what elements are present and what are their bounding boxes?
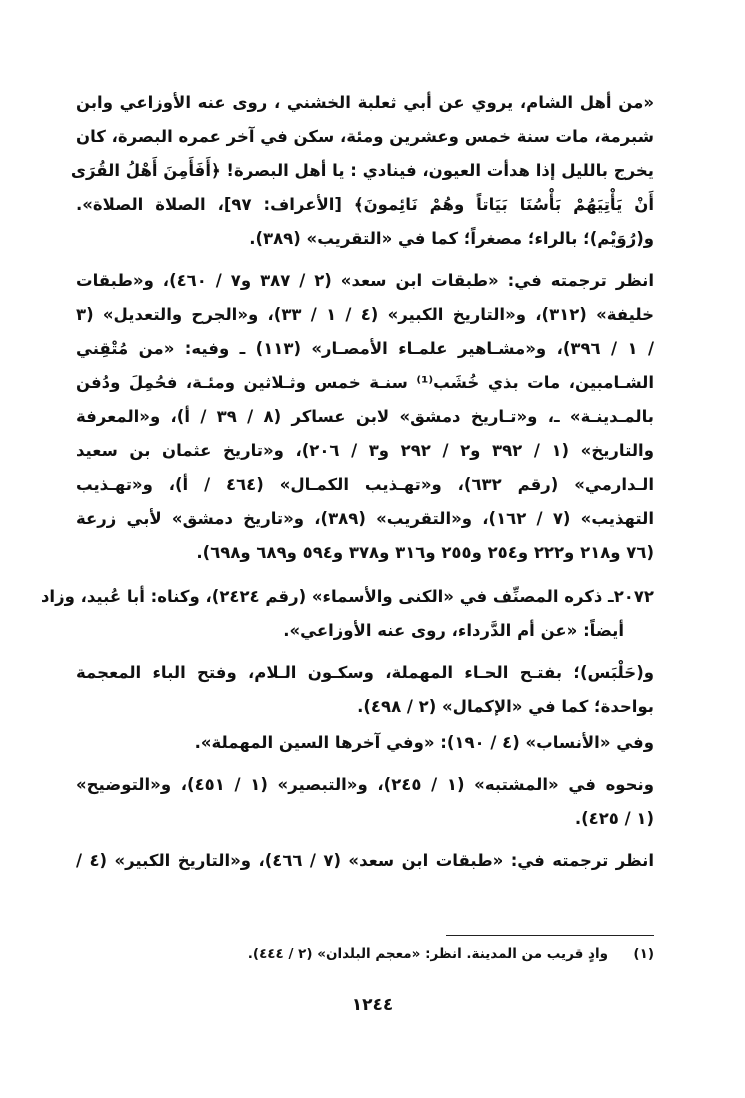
- footnote-text: وادٍ قريب من المدينة. انظر: «معجم البلدا…: [248, 946, 608, 962]
- text-line: أيضاً: «عن أم الدَّرداء، روى عنه الأوزاع…: [76, 614, 624, 648]
- text-line: الشـامبين، مات بذي خُشَب⁽¹⁾ سنـة خمس وثـ…: [76, 366, 654, 400]
- text-line: شبرمة، مات سنة خمس وعشرين ومئة، سكن في آ…: [76, 120, 654, 154]
- text-line: والتاريخ» (١ / ٣٩٢ و٢ / ٢٩٢ و٣ / ٢٠٦)، و…: [76, 434, 654, 468]
- quran-verse-line: أَنْ يَأْتِيَهُمْ بَأْسُنَا بَيَاتاً وهُ…: [76, 188, 654, 222]
- entry-heading-line: ٢٠٧٢ـ ذكره المصنِّف في «الكنى والأسماء» …: [76, 580, 654, 614]
- text-line: و(رُوَيْم)؛ بالراء؛ مصغراً؛ كما في «التق…: [76, 222, 654, 256]
- text-line: (٧٦ و٢١٨ و٢٢٢ و٢٥٤ و٢٥٥ و٣١٦ و٣٧٨ و٥٩٤ و…: [76, 536, 654, 570]
- footnote-marker: (١): [608, 946, 654, 962]
- text-line: بواحدة؛ كما في «الإكمال» (٢ / ٤٩٨).: [76, 690, 654, 724]
- text-line: الـدارمي» (رقم ٦٣٢)، و«تهـذيب الكمـال» (…: [76, 468, 654, 502]
- text-line: / ١ / ٣٩٦)، و«مشـاهير علمـاء الأمصـار» (…: [76, 332, 654, 366]
- text-line: يخرج بالليل إذا هدأت العيون، فينادي : يا…: [76, 154, 654, 188]
- text-line: (١ / ٤٢٥).: [76, 802, 654, 836]
- text-line: انظر ترجمته في: «طبقات ابن سعد» (٧ / ٤٦٦…: [76, 844, 654, 878]
- text-line: و(حَلْبَس)؛ بفتـح الحـاء المهملة، وسكـون…: [76, 656, 654, 690]
- text-line: «من أهل الشام، يروي عن أبي ثعلبة الخشني …: [76, 86, 654, 120]
- page-number: ١٢٤٤: [0, 995, 745, 1015]
- text-line: التهذيب» (٧ / ١٦٢)، و«التقريب» (٣٨٩)، و«…: [76, 502, 654, 536]
- text-line: انظر ترجمته في: «طبقات ابن سعد» (٢ / ٣٨٧…: [76, 264, 654, 298]
- text-line: خليفة» (٣١٢)، و«التاريخ الكبير» (٤ / ١ /…: [76, 298, 654, 332]
- footnote-divider: [446, 935, 654, 936]
- footnote: (١)وادٍ قريب من المدينة. انظر: «معجم الب…: [76, 946, 654, 962]
- text-line: بالمـدينـة» ـ، و«تـاريخ دمشق» لابن عساكر…: [76, 400, 654, 434]
- text-line: ونحوه في «المشتبه» (١ / ٢٤٥)، و«التبصير»…: [76, 768, 654, 802]
- text-line: وفي «الأنساب» (٤ / ١٩٠): «وفي آخرها السي…: [76, 726, 654, 760]
